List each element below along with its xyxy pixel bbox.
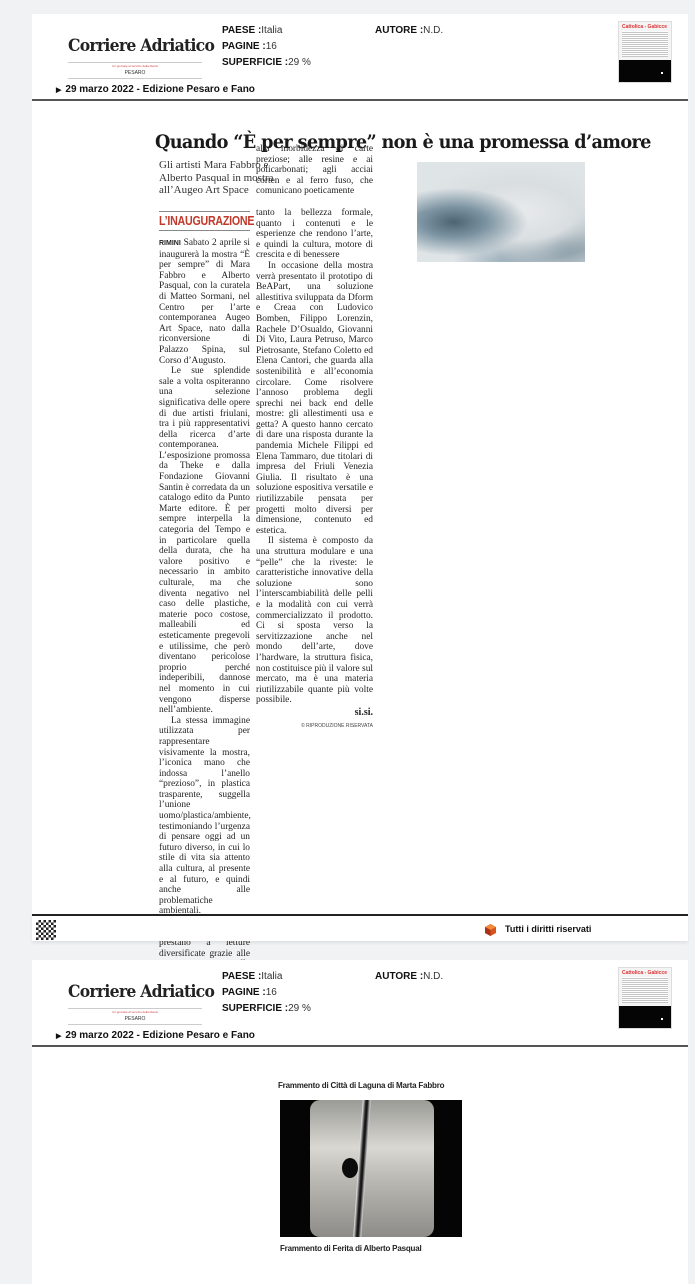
triangle-right-icon: ▶ xyxy=(56,1033,61,1040)
meta-value: N.D. xyxy=(423,25,443,36)
meta-superficie: SUPERFICIE :29 % xyxy=(222,57,311,68)
thumbnail-dark-area xyxy=(619,1006,671,1028)
meta-pagine: PAGINE :16 xyxy=(222,987,277,998)
logo-divider xyxy=(68,62,202,63)
edition-date-text: 29 marzo 2022 - Edizione Pesaro e Fano xyxy=(65,84,255,95)
paragraph-text: Sabato 2 aprile si inaugurerà la mostra … xyxy=(159,238,250,366)
meta-superficie: SUPERFICIE :29 % xyxy=(222,1003,311,1014)
publication-tagline: Un giornale al servizio della libertà xyxy=(68,64,202,68)
thumbnail-dot xyxy=(661,72,663,74)
article-paragraph: tanto la bellezza formale, quanto i cont… xyxy=(256,208,373,261)
image-caption-top: Frammento di Città di Laguna di Marta Fa… xyxy=(278,1081,444,1090)
meta-label: PAGINE : xyxy=(222,41,266,52)
meta-value: 16 xyxy=(266,987,277,998)
publication-name: Corriere Adriatico xyxy=(68,982,191,1002)
article-headline: Quando “È per sempre” non è una promessa… xyxy=(155,131,651,153)
article-paragraph: RIMINI Sabato 2 aprile si inaugurerà la … xyxy=(159,238,250,366)
clipping-page-1: Corriere Adriatico Un giornale al serviz… xyxy=(32,14,688,941)
publication-logo: Corriere Adriatico Un giornale al serviz… xyxy=(68,980,202,1028)
rights-logo-icon xyxy=(485,924,496,936)
section-rule xyxy=(159,211,250,212)
meta-value: 16 xyxy=(266,41,277,52)
clipping-header: Corriere Adriatico Un giornale al serviz… xyxy=(32,960,688,1047)
thumbnail-text-lines xyxy=(622,31,668,57)
edition-date: ▶29 marzo 2022 - Edizione Pesaro e Fano xyxy=(56,84,255,95)
meta-label: PAESE : xyxy=(222,25,261,36)
meta-label: PAESE : xyxy=(222,971,261,982)
meta-value: Italia xyxy=(261,25,282,36)
clipping-header: Corriere Adriatico Un giornale al serviz… xyxy=(32,14,688,101)
thumbnail-dot xyxy=(661,1018,663,1020)
meta-paese: PAESE :Italia xyxy=(222,25,282,36)
rights-text: Tutti i diritti riservati xyxy=(505,924,591,934)
meta-value: 29 % xyxy=(288,57,311,68)
article-paragraph: Il sistema è composto da una struttura m… xyxy=(256,536,373,706)
sculpture-hole xyxy=(342,1158,358,1178)
publication-logo: Corriere Adriatico Un giornale al serviz… xyxy=(68,34,202,82)
meta-label: SUPERFICIE : xyxy=(222,57,288,68)
clipping-page-2: Corriere Adriatico Un giornale al serviz… xyxy=(32,960,688,1284)
dateline: RIMINI xyxy=(159,240,181,247)
thumbnail-dark-area xyxy=(619,60,671,82)
meta-autore: AUTORE :N.D. xyxy=(375,971,443,982)
meta-value: Italia xyxy=(261,971,282,982)
article-paragraph: In occasione della mostra verrà presenta… xyxy=(256,261,373,536)
image-caption-bottom: Frammento di Ferita di Alberto Pasqual xyxy=(280,1244,421,1253)
copyright-notice: © RIPRODUZIONE RISERVATA xyxy=(256,721,373,732)
thumbnail-title: Cattolica - Gabicce xyxy=(622,970,667,976)
meta-paese: PAESE :Italia xyxy=(222,971,282,982)
sculpture-block xyxy=(310,1100,434,1237)
section-rule xyxy=(159,230,250,231)
meta-label: AUTORE : xyxy=(375,25,423,36)
meta-label: SUPERFICIE : xyxy=(222,1003,288,1014)
article-column-2-top: alla morbidezza di carte preziose; alle … xyxy=(256,144,373,197)
meta-pagine: PAGINE :16 xyxy=(222,41,277,52)
qr-code-icon[interactable] xyxy=(36,920,56,940)
artwork-image xyxy=(417,162,585,262)
article-paragraph: Le sue splendide sale a volta ospiterann… xyxy=(159,366,250,716)
thumbnail-page-preview: Cattolica - Gabicce xyxy=(619,22,671,60)
article-column-1: RIMINI Sabato 2 aprile si inaugurerà la … xyxy=(159,238,250,991)
logo-divider xyxy=(68,78,202,79)
meta-value: 29 % xyxy=(288,1003,311,1014)
meta-label: PAGINE : xyxy=(222,987,266,998)
meta-autore: AUTORE :N.D. xyxy=(375,25,443,36)
logo-divider xyxy=(68,1024,202,1025)
publication-tagline: Un giornale al servizio della libertà xyxy=(68,1010,202,1014)
meta-label: AUTORE : xyxy=(375,971,423,982)
thumbnail-text-lines xyxy=(622,977,668,1003)
publication-city: PESARO xyxy=(68,70,202,76)
author-signature: si.si. xyxy=(256,708,373,719)
page-thumbnail[interactable]: Cattolica - Gabicce xyxy=(618,967,672,1029)
edition-date-text: 29 marzo 2022 - Edizione Pesaro e Fano xyxy=(65,1030,255,1041)
sculpture-image xyxy=(280,1100,462,1237)
triangle-right-icon: ▶ xyxy=(56,87,61,94)
thumbnail-page-preview: Cattolica - Gabicce xyxy=(619,968,671,1006)
clipping-footer: Tutti i diritti riservati xyxy=(32,914,688,941)
publication-city: PESARO xyxy=(68,1016,202,1022)
logo-divider xyxy=(68,1008,202,1009)
publication-name: Corriere Adriatico xyxy=(68,36,191,56)
section-label: L’INAUGURAZIONE xyxy=(159,213,254,228)
page-thumbnail[interactable]: Cattolica - Gabicce xyxy=(618,21,672,83)
article-paragraph: La stessa immagine utilizzata per rappre… xyxy=(159,716,250,917)
article-column-2: tanto la bellezza formale, quanto i cont… xyxy=(256,208,373,731)
meta-value: N.D. xyxy=(423,971,443,982)
edition-date: ▶29 marzo 2022 - Edizione Pesaro e Fano xyxy=(56,1030,255,1041)
article-paragraph: alla morbidezza di carte preziose; alle … xyxy=(256,144,373,197)
thumbnail-title: Cattolica - Gabicce xyxy=(622,24,667,30)
